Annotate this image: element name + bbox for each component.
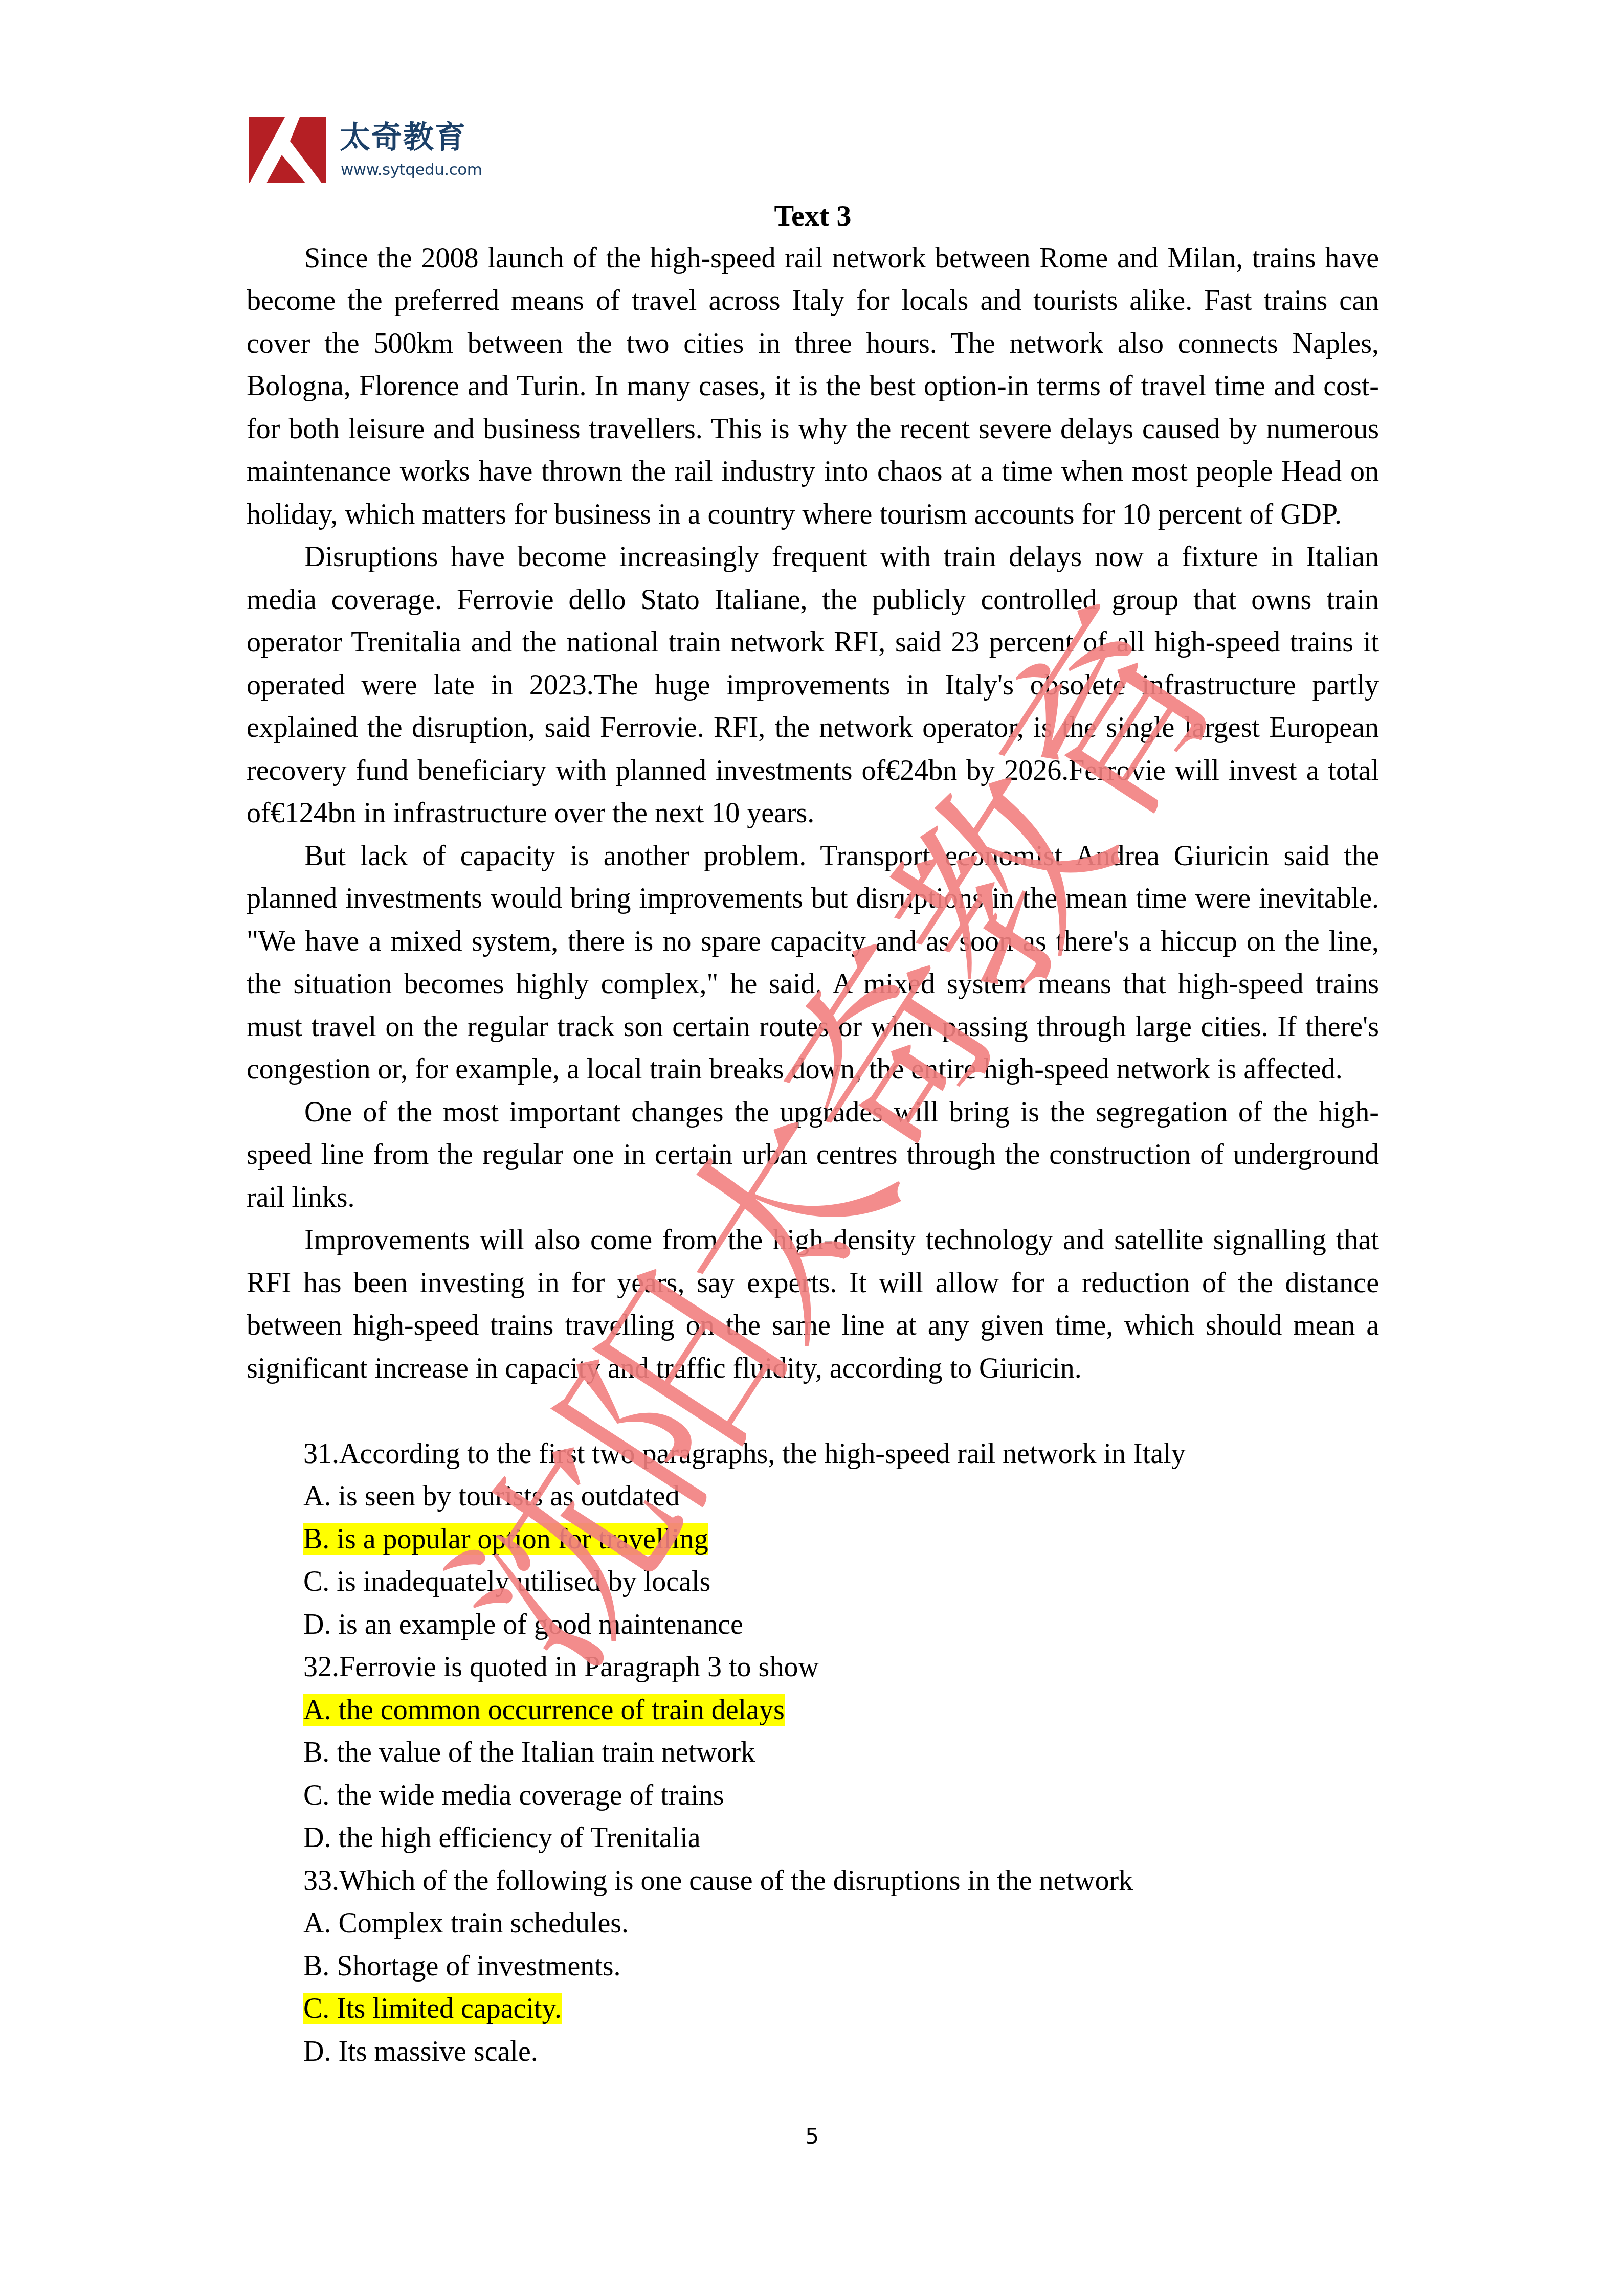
answer-option: D. the high efficiency of Trenitalia	[247, 1817, 1379, 1860]
paragraph-1: Since the 2008 launch of the high-speed …	[247, 237, 1379, 536]
answer-option: C. the wide media coverage of trains	[247, 1774, 1379, 1817]
answer-option-highlighted: A. the common occurrence of train delays	[247, 1689, 1379, 1732]
option-text: D. Its massive scale.	[303, 2036, 538, 2067]
option-text: B. the value of the Italian train networ…	[303, 1737, 755, 1768]
logo-mark-bottom	[266, 155, 305, 183]
document-title: Text 3	[247, 194, 1379, 237]
highlighted-option-text: C. Its limited capacity.	[303, 1993, 562, 2024]
answer-option: C. is inadequately utilised by locals	[247, 1561, 1379, 1604]
document-body: Text 3 Since the 2008 launch of the high…	[247, 194, 1379, 2073]
option-text: A. Complex train schedules.	[303, 1907, 629, 1939]
option-text: B. Shortage of investments.	[303, 1950, 621, 1982]
answer-option-highlighted: B. is a popular option for travelling	[247, 1518, 1379, 1561]
question-33: 33.Which of the following is one cause o…	[247, 1860, 1379, 2074]
answer-option: D. Its massive scale.	[247, 2031, 1379, 2074]
option-text: D. the high efficiency of Trenitalia	[303, 1822, 701, 1854]
answer-option: D. is an example of good maintenance	[247, 1604, 1379, 1647]
answer-option: A. Complex train schedules.	[247, 1902, 1379, 1945]
option-text: C. the wide media coverage of trains	[303, 1780, 724, 1811]
question-stem: 31.According to the first two paragraphs…	[247, 1433, 1379, 1476]
question-stem: 32.Ferrovie is quoted in Paragraph 3 to …	[247, 1646, 1379, 1689]
option-text: A. is seen by tourists as outdated	[303, 1480, 680, 1512]
paragraph-3: But lack of capacity is another problem.…	[247, 835, 1379, 1091]
logo-url: www.sytqedu.com	[341, 160, 482, 179]
logo-mark-icon	[249, 117, 326, 183]
paragraph-5: Improvements will also come from the hig…	[247, 1219, 1379, 1390]
question-32: 32.Ferrovie is quoted in Paragraph 3 to …	[247, 1646, 1379, 1860]
logo-brand-name: 太奇教育	[340, 119, 466, 156]
blank-line	[247, 1390, 1379, 1433]
brand-logo: 太奇教育 www.sytqedu.com	[249, 117, 484, 184]
paragraph-4: One of the most important changes the up…	[247, 1091, 1379, 1220]
answer-option-highlighted: C. Its limited capacity.	[247, 1988, 1379, 2031]
page-number: 5	[0, 2122, 1624, 2151]
answer-option: A. is seen by tourists as outdated	[247, 1475, 1379, 1518]
highlighted-option-text: A. the common occurrence of train delays	[303, 1694, 785, 1726]
highlighted-option-text: B. is a popular option for travelling	[303, 1523, 708, 1555]
answer-option: B. Shortage of investments.	[247, 1945, 1379, 1988]
question-stem: 33.Which of the following is one cause o…	[247, 1860, 1379, 1903]
question-31: 31.According to the first two paragraphs…	[247, 1433, 1379, 1647]
paragraph-2: Disruptions have become increasingly fre…	[247, 536, 1379, 835]
answer-option: B. the value of the Italian train networ…	[247, 1731, 1379, 1774]
option-text: C. is inadequately utilised by locals	[303, 1566, 710, 1597]
option-text: D. is an example of good maintenance	[303, 1609, 743, 1640]
